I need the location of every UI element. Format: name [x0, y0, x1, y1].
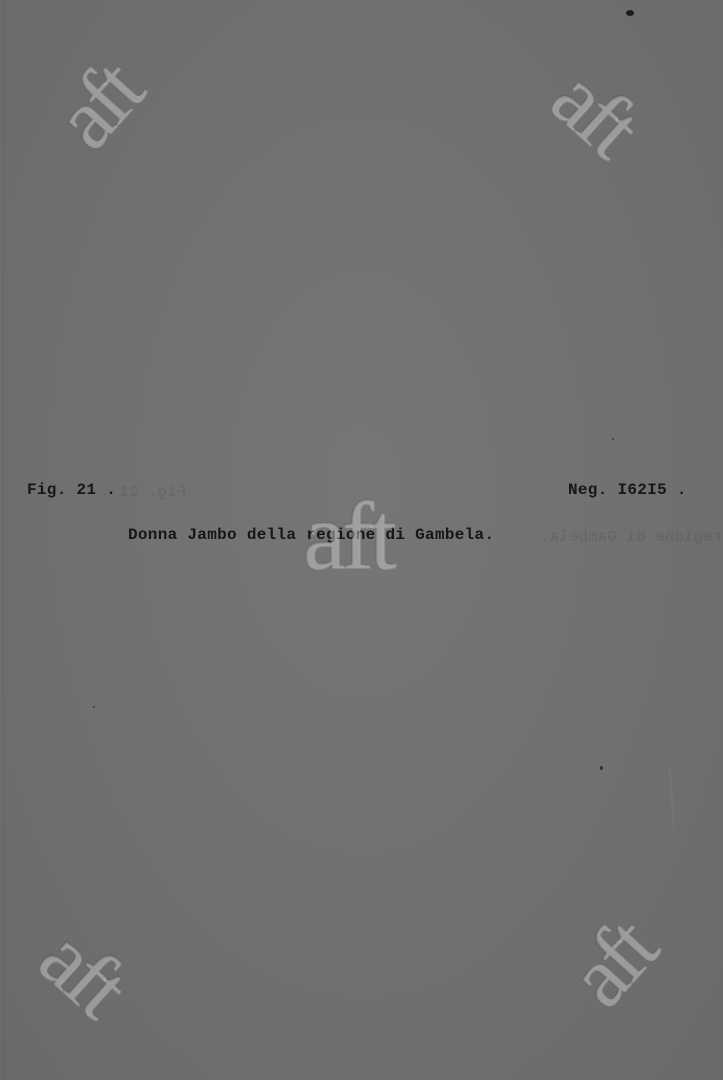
watermark-top-right: aft	[537, 53, 653, 170]
figure-number: Fig. 21 .	[27, 482, 116, 498]
watermark-bottom-left: aft	[25, 913, 141, 1030]
watermark-center: aft	[303, 488, 392, 584]
dust-speck	[600, 766, 603, 770]
document-card: aft aft aft aft Fig. 21 . Donna Jambo de…	[0, 0, 723, 1080]
negative-number: Neg. I62I5 .	[568, 482, 687, 498]
dust-speck	[626, 10, 634, 16]
scan-edge	[3, 0, 4, 1080]
dust-speck	[93, 706, 95, 708]
watermark-top-left: aft	[39, 47, 156, 163]
dust-speck	[612, 438, 614, 440]
scratch-mark	[669, 768, 675, 830]
show-through-text: Donna Jambo della regione di Gambela.	[540, 529, 723, 545]
watermark-bottom-right: aft	[553, 905, 670, 1021]
